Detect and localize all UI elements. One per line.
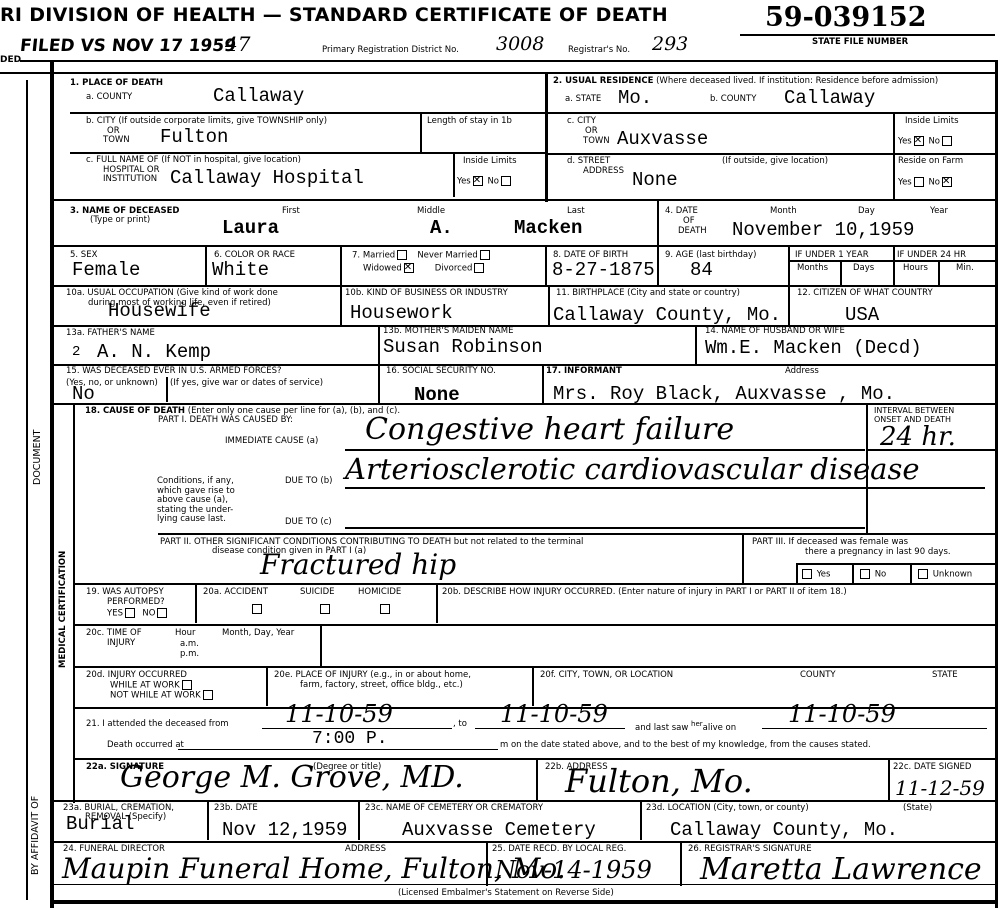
pm-label: p.m. — [180, 649, 199, 659]
filed-number: 47 — [225, 32, 250, 56]
suicide-label: SUICIDE — [300, 587, 334, 597]
birthplace: Callaway County, Mo. — [553, 305, 781, 325]
registrar-no: 293 — [652, 33, 688, 55]
burial-state-label: (State) — [903, 803, 932, 813]
father-name: A. N. Kemp — [97, 342, 211, 362]
part3-yes: Yes — [800, 569, 830, 580]
margin-fragment: DED — [0, 55, 21, 65]
ur-farm-checkboxes: Yes No — [898, 177, 954, 188]
dod-of: OF — [683, 216, 695, 226]
business-label: 10b. KIND OF BUSINESS OR INDUSTRY — [345, 288, 508, 298]
injury-city-label: 20f. CITY, TOWN, OR LOCATION — [540, 670, 673, 680]
married-label: Married — [363, 251, 395, 261]
pregnancy-yes-checkbox[interactable] — [802, 569, 812, 579]
yes-label: Yes — [898, 178, 912, 188]
married-checkbox[interactable] — [397, 250, 407, 260]
occupation-label: 10a. USUAL OCCUPATION (Give kind of work… — [66, 288, 278, 298]
autopsy-label: 19. WAS AUTOPSY — [86, 587, 164, 597]
hours-label: Hours — [903, 263, 928, 273]
death-suffix: m on the date stated above, and to the b… — [500, 740, 871, 750]
divorced-label: Divorced — [435, 264, 473, 274]
date-of-death: November 10,1959 — [732, 220, 914, 240]
not-at-work-checkbox[interactable] — [203, 690, 213, 700]
not-at-work-row: NOT WHILE AT WORK — [110, 690, 215, 701]
ur-state-label: a. STATE — [565, 94, 601, 104]
suicide-checkbox[interactable] — [318, 598, 332, 617]
sex: Female — [72, 260, 140, 280]
middle-label: Middle — [417, 206, 445, 216]
spouse-label: 14. NAME OF HUSBAND OR WIFE — [705, 326, 845, 336]
no-label: No — [487, 177, 499, 187]
ur-farm-no-checkbox[interactable] — [942, 177, 952, 187]
year-label: Year — [930, 206, 948, 216]
alive-on-text: alive on — [703, 723, 736, 733]
attended-to: 11-10-59 — [500, 700, 608, 728]
autopsy-no-checkbox[interactable] — [157, 608, 167, 618]
mother-maiden-name: Susan Robinson — [383, 337, 543, 357]
no-label: No — [928, 178, 940, 188]
registrar-signature: Maretta Lawrence — [700, 852, 982, 887]
last-name: Macken — [514, 218, 582, 238]
ur-city-town: TOWN — [583, 136, 610, 146]
time-of-injury-label: 20c. TIME OF — [86, 628, 142, 638]
burial-location: Callaway County, Mo. — [670, 820, 898, 840]
ur-inside-limits-checkboxes: Yes No — [898, 136, 954, 147]
pregnancy-unknown-checkbox[interactable] — [918, 569, 928, 579]
death-occurred-label: Death occurred at — [107, 740, 184, 750]
spouse-name: Wm.E. Macken (Decd) — [705, 338, 922, 358]
ur-inside-limits-label: Inside Limits — [905, 116, 959, 126]
cemetery: Auxvasse Cemetery — [402, 820, 596, 840]
ur-city: Auxvasse — [617, 129, 708, 149]
ur-inside-no-checkbox[interactable] — [942, 136, 952, 146]
last-label: Last — [567, 206, 585, 216]
pod-hospital-sub2: INSTITUTION — [103, 174, 157, 184]
occupation: Housewife — [108, 301, 211, 321]
describe-injury-label: 20b. DESCRIBE HOW INJURY OCCURRED. (Ente… — [442, 587, 847, 597]
min-label: Min. — [956, 263, 974, 273]
yes-label: YES — [107, 609, 123, 619]
pod-city: Fulton — [160, 127, 228, 147]
ur-county-label: b. COUNTY — [710, 94, 756, 104]
to-label: , to — [453, 719, 467, 729]
month-label: Month — [770, 206, 797, 216]
citizen: USA — [845, 305, 879, 325]
part3-label: PART III. If deceased was female was — [752, 537, 908, 547]
days-label: Days — [853, 263, 874, 273]
part1-label: PART I. DEATH WAS CAUSED BY: — [158, 415, 293, 425]
pod-inside-yes-checkbox[interactable] — [473, 176, 483, 186]
day-label: Day — [858, 206, 875, 216]
birthplace-label: 11. BIRTHPLACE (City and state or countr… — [556, 288, 740, 298]
ur-street: None — [632, 170, 678, 190]
dod-label: 4. DATE — [665, 206, 698, 216]
never-married-label: Never Married — [417, 251, 477, 261]
armed-sub2: (If yes, give war or dates of service) — [170, 378, 323, 388]
date-signed: 11-12-59 — [895, 776, 985, 800]
part3-sub: there a pregnancy in last 90 days. — [805, 547, 951, 557]
pod-hospital-label: c. FULL NAME OF (If NOT in hospital, giv… — [86, 155, 301, 165]
business: Housework — [350, 303, 453, 323]
autopsy-sub: PERFORMED? — [107, 597, 165, 607]
pod-county-label: a. COUNTY — [86, 92, 132, 102]
first-label: First — [282, 206, 300, 216]
citizen-label: 12. CITIZEN OF WHAT COUNTRY — [797, 288, 933, 298]
place-of-injury-sub: farm, factory, street, office bldg., etc… — [300, 680, 463, 690]
yes-label: Yes — [457, 177, 471, 187]
pod-inside-no-checkbox[interactable] — [501, 176, 511, 186]
physician-signature: George M. Grove, MD. — [120, 760, 464, 795]
injury-county-label: COUNTY — [800, 670, 836, 680]
attended-from: 11-10-59 — [285, 700, 393, 728]
homicide-label: HOMICIDE — [358, 587, 401, 597]
informant-address-label: Address — [785, 366, 819, 376]
marital-number: 7. — [352, 251, 360, 261]
marital-row1: 7. Married Never Married — [352, 250, 492, 261]
ssn: None — [414, 385, 460, 405]
death-time: 7:00 P. — [312, 729, 388, 749]
conditions-note: Conditions, if any, which gave rise to a… — [157, 477, 235, 525]
am-label: a.m. — [180, 639, 199, 649]
informant-label: 17. INFORMANT — [546, 366, 622, 376]
dod-death: DEATH — [678, 226, 707, 236]
mother-label: 13b. MOTHER'S MAIDEN NAME — [383, 326, 513, 336]
homicide-checkbox[interactable] — [378, 598, 392, 617]
due-to-c-label: DUE TO (c) — [285, 517, 332, 527]
usual-residence-header: 2. USUAL RESIDENCE (Where deceased lived… — [553, 76, 938, 86]
side-label-medical-certification: MEDICAL CERTIFICATION — [58, 551, 68, 668]
hour-label: Hour — [175, 628, 195, 638]
ur-inside-yes-checkbox[interactable] — [914, 136, 924, 146]
armed-forces-label: 15. WAS DECEASED EVER IN U.S. ARMED FORC… — [66, 366, 282, 376]
no-label: No — [928, 137, 940, 147]
widowed-checkbox[interactable] — [404, 263, 414, 273]
never-married-checkbox[interactable] — [480, 250, 490, 260]
no-label: No — [875, 570, 887, 580]
under-24-hr-label: IF UNDER 24 HR — [897, 250, 966, 260]
informant: Mrs. Roy Black, Auxvasse , Mo. — [553, 384, 895, 404]
ur-county: Callaway — [784, 88, 875, 108]
at-work-checkbox[interactable] — [182, 680, 192, 690]
ur-farm-label: Reside on Farm — [898, 156, 963, 166]
month-day-year-label: Month, Day, Year — [222, 628, 294, 638]
part3-unknown: Unknown — [916, 569, 972, 580]
disposition: Burial — [66, 814, 134, 834]
under-1-year-label: IF UNDER 1 YEAR — [795, 250, 869, 260]
side-label-by-affidavit: BY AFFIDAVIT OF — [30, 796, 41, 875]
certificate-title: RI DIVISION OF HEALTH — STANDARD CERTIFI… — [0, 4, 668, 26]
widowed-label: Widowed — [363, 264, 402, 274]
no-label: NO — [142, 609, 155, 619]
ur-city-or: OR — [585, 126, 598, 136]
interval-onset-death: 24 hr. — [880, 422, 956, 452]
cemetery-label: 23c. NAME OF CEMETERY OR CREMATORY — [365, 803, 543, 813]
last-saw-alive: 11-10-59 — [788, 700, 896, 728]
ur-street-label: d. STREET — [567, 156, 610, 166]
due-to-b-label: DUE TO (b) — [285, 476, 332, 486]
registration-district-label: Primary Registration District No. — [322, 45, 459, 55]
injury-occurred-label: 20d. INJURY OCCURRED — [86, 670, 187, 680]
armed-forces: No — [72, 384, 95, 404]
pod-hospital: Callaway Hospital — [170, 168, 364, 188]
not-at-work-label: NOT WHILE AT WORK — [110, 691, 201, 701]
accident-label: 20a. ACCIDENT — [203, 587, 268, 597]
yes-label: Yes — [817, 570, 831, 580]
physician-address: Fulton, Mo. — [565, 762, 753, 800]
pod-inside-limits-label: Inside Limits — [463, 156, 517, 166]
race: White — [212, 260, 269, 280]
embalmer-note: (Licensed Embalmer's Statement on Revers… — [398, 888, 614, 898]
burial-location-label: 23d. LOCATION (City, town, or county) — [646, 803, 809, 813]
at-work-label: WHILE AT WORK — [110, 681, 180, 691]
pod-inside-limits-checkboxes: Yes No — [457, 176, 513, 187]
burial-date-label: 23b. DATE — [214, 803, 258, 813]
time-of-injury-sub: INJURY — [107, 638, 135, 648]
filed-stamp: FILED VS NOV 17 1959 — [19, 36, 237, 56]
middle-name: A. — [430, 218, 453, 238]
first-name: Laura — [222, 218, 279, 238]
autopsy-checkboxes: YES NO — [107, 608, 169, 619]
due-to-b-cause: Arteriosclerotic cardiovascular disease — [345, 452, 920, 486]
burial-date: Nov 12,1959 — [222, 820, 347, 840]
part3-no: No — [858, 569, 886, 580]
funeral-director: Maupin Funeral Home, Fulton, Mo. — [62, 852, 566, 885]
date-of-birth: 8-27-1875 — [552, 260, 655, 280]
side-label-document: DOCUMENT — [32, 430, 43, 486]
immediate-cause: Congestive heart failure — [365, 412, 734, 447]
ur-state: Mo. — [618, 88, 652, 108]
months-label: Months — [797, 263, 828, 273]
attended-from-label: 21. I attended the deceased from — [86, 719, 229, 729]
at-work-row: WHILE AT WORK — [110, 680, 194, 691]
pregnancy-no-checkbox[interactable] — [860, 569, 870, 579]
state-file-number: 59-039152 — [765, 2, 927, 33]
ur-city-label: c. CITY — [567, 116, 596, 126]
injury-state-label: STATE — [932, 670, 958, 680]
ssn-label: 16. SOCIAL SECURITY NO. — [386, 366, 496, 376]
place-of-death-label: 1. PLACE OF DEATH — [70, 78, 163, 88]
marital-row2: Widowed Divorced — [363, 263, 486, 274]
pod-city-label: b. CITY (If outside corporate limits, gi… — [86, 116, 327, 126]
father-mark: 2 — [72, 342, 80, 362]
pod-city-town: TOWN — [103, 135, 130, 145]
length-of-stay-label: Length of stay in 1b — [427, 116, 512, 126]
part2-conditions: Fractured hip — [260, 548, 456, 581]
registration-district: 3008 — [496, 33, 544, 55]
father-label: 13a. FATHER'S NAME — [66, 328, 155, 338]
yes-label: Yes — [898, 137, 912, 147]
ur-street-note: (If outside, give location) — [722, 156, 828, 166]
conditions-note-line: lying cause last. — [157, 515, 235, 525]
autopsy-yes-checkbox[interactable] — [125, 608, 135, 618]
pod-county: Callaway — [213, 86, 304, 106]
ur-farm-yes-checkbox[interactable] — [914, 177, 924, 187]
divorced-checkbox[interactable] — [474, 263, 484, 273]
ur-street-sub: ADDRESS — [583, 166, 624, 176]
place-of-injury-label: 20e. PLACE OF INJURY (e.g., in or about … — [274, 670, 471, 680]
date-received-label: 25. DATE RECD. BY LOCAL REG. — [492, 844, 626, 854]
her-him: her — [691, 720, 703, 728]
immediate-cause-label: IMMEDIATE CAUSE (a) — [225, 436, 318, 446]
accident-checkbox[interactable] — [250, 598, 264, 617]
last-saw-label: and last saw heralive on — [635, 719, 736, 733]
unknown-label: Unknown — [933, 570, 972, 580]
age: 84 — [690, 260, 713, 280]
last-saw-text: and last saw — [635, 723, 688, 733]
registrar-no-label: Registrar's No. — [568, 45, 630, 55]
state-file-label: STATE FILE NUMBER — [812, 37, 908, 47]
date-signed-label: 22c. DATE SIGNED — [893, 762, 971, 772]
name-sub: (Type or print) — [90, 215, 150, 225]
date-received: Nov-14-1959 — [495, 856, 652, 884]
